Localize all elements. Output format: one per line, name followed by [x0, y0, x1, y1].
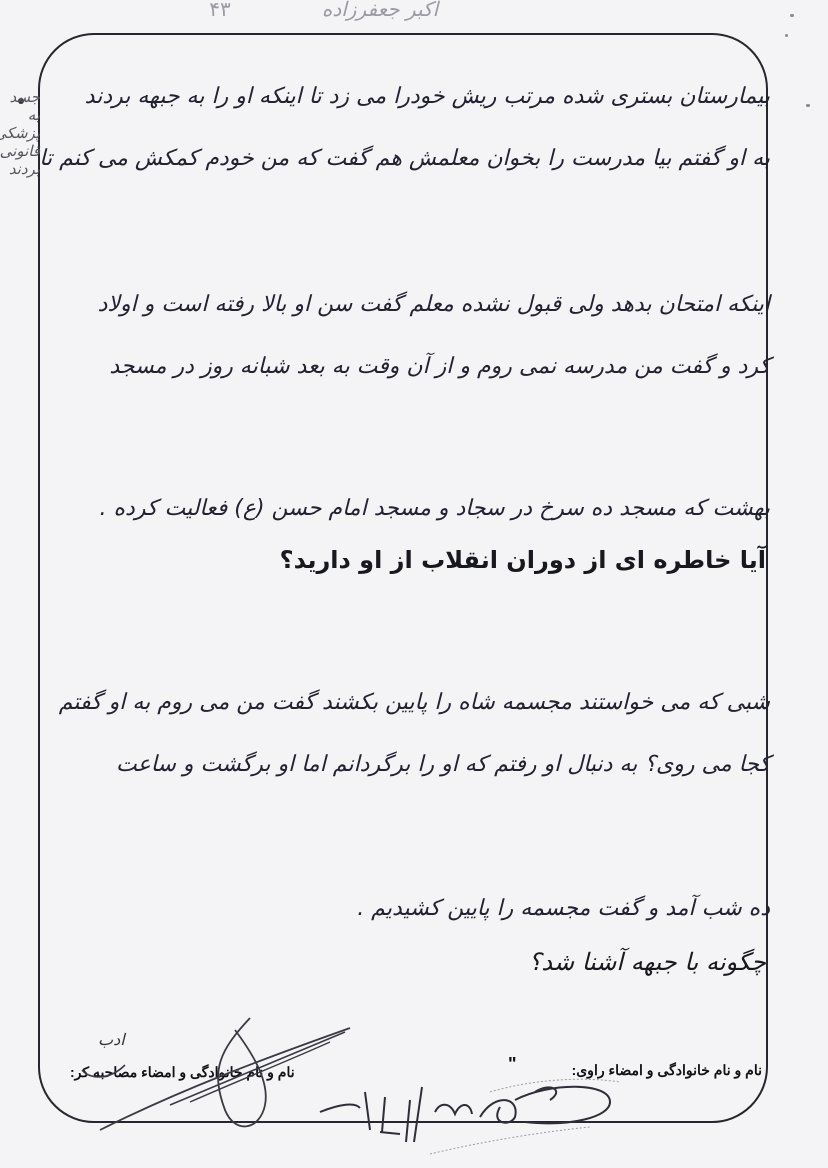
- scan-speck: [790, 14, 794, 17]
- answer-line-3: اینکه امتحان بدهد ولی قبول نشده معلم گفت…: [98, 292, 770, 317]
- answer-line-2: به او گفتم بیا مدرست را بخوان معلمش هم گ…: [39, 146, 770, 171]
- narrator-signature-icon: [310, 1072, 630, 1162]
- scan-speck: [806, 104, 810, 107]
- page-header-title: اکبر جعفرزاده: [290, 0, 470, 22]
- answer-line-6: شبی که می خواستند مجسمه شاه را پایین بکش…: [59, 690, 770, 715]
- answer-line-4: کرد و گفت من مدرسه نمی روم و از آن وقت ب…: [109, 354, 770, 379]
- page-number: ۴۳: [200, 0, 240, 22]
- answer-line-1: بیمارستان بستری شده مرتب ریش خودرا می زد…: [85, 84, 770, 109]
- answer-line-7: کجا می روی؟ به دنبال او رفتم که او را بر…: [116, 752, 770, 777]
- question-line-2: چگونه با جبهه آشنا شد؟: [529, 948, 766, 976]
- scan-speck: [785, 34, 788, 37]
- question-line-1: آیا خاطره ای از دوران انقلاب از او دارید…: [280, 546, 766, 574]
- answer-line-5: بهشت که مسجد ده سرخ در سجاد و مسجد امام …: [100, 496, 770, 521]
- answer-line-8: ده شب آمد و گفت مجسمه را پایین کشیدیم .: [357, 896, 770, 921]
